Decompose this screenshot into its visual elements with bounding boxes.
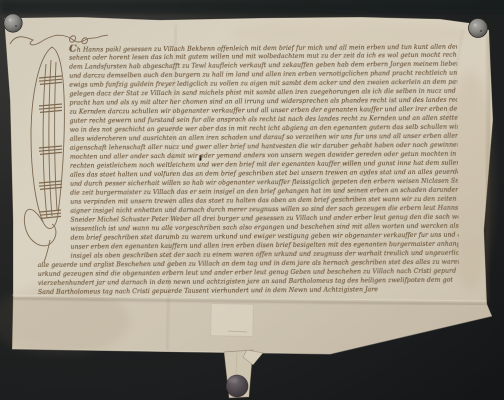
top-left-pin (4, 14, 22, 32)
photo-background-top-shadow (0, 0, 504, 14)
photograph-of-charter: Ch Hanns paikl gesessen zu Villach Bekhe… (0, 0, 504, 400)
charter-text: Ch Hanns paikl gesessen zu Villach Bekhe… (36, 42, 459, 301)
top-right-pin (469, 19, 488, 38)
charter-line: Sand Bartholomeus tag nach Cristi gepuer… (38, 285, 459, 297)
